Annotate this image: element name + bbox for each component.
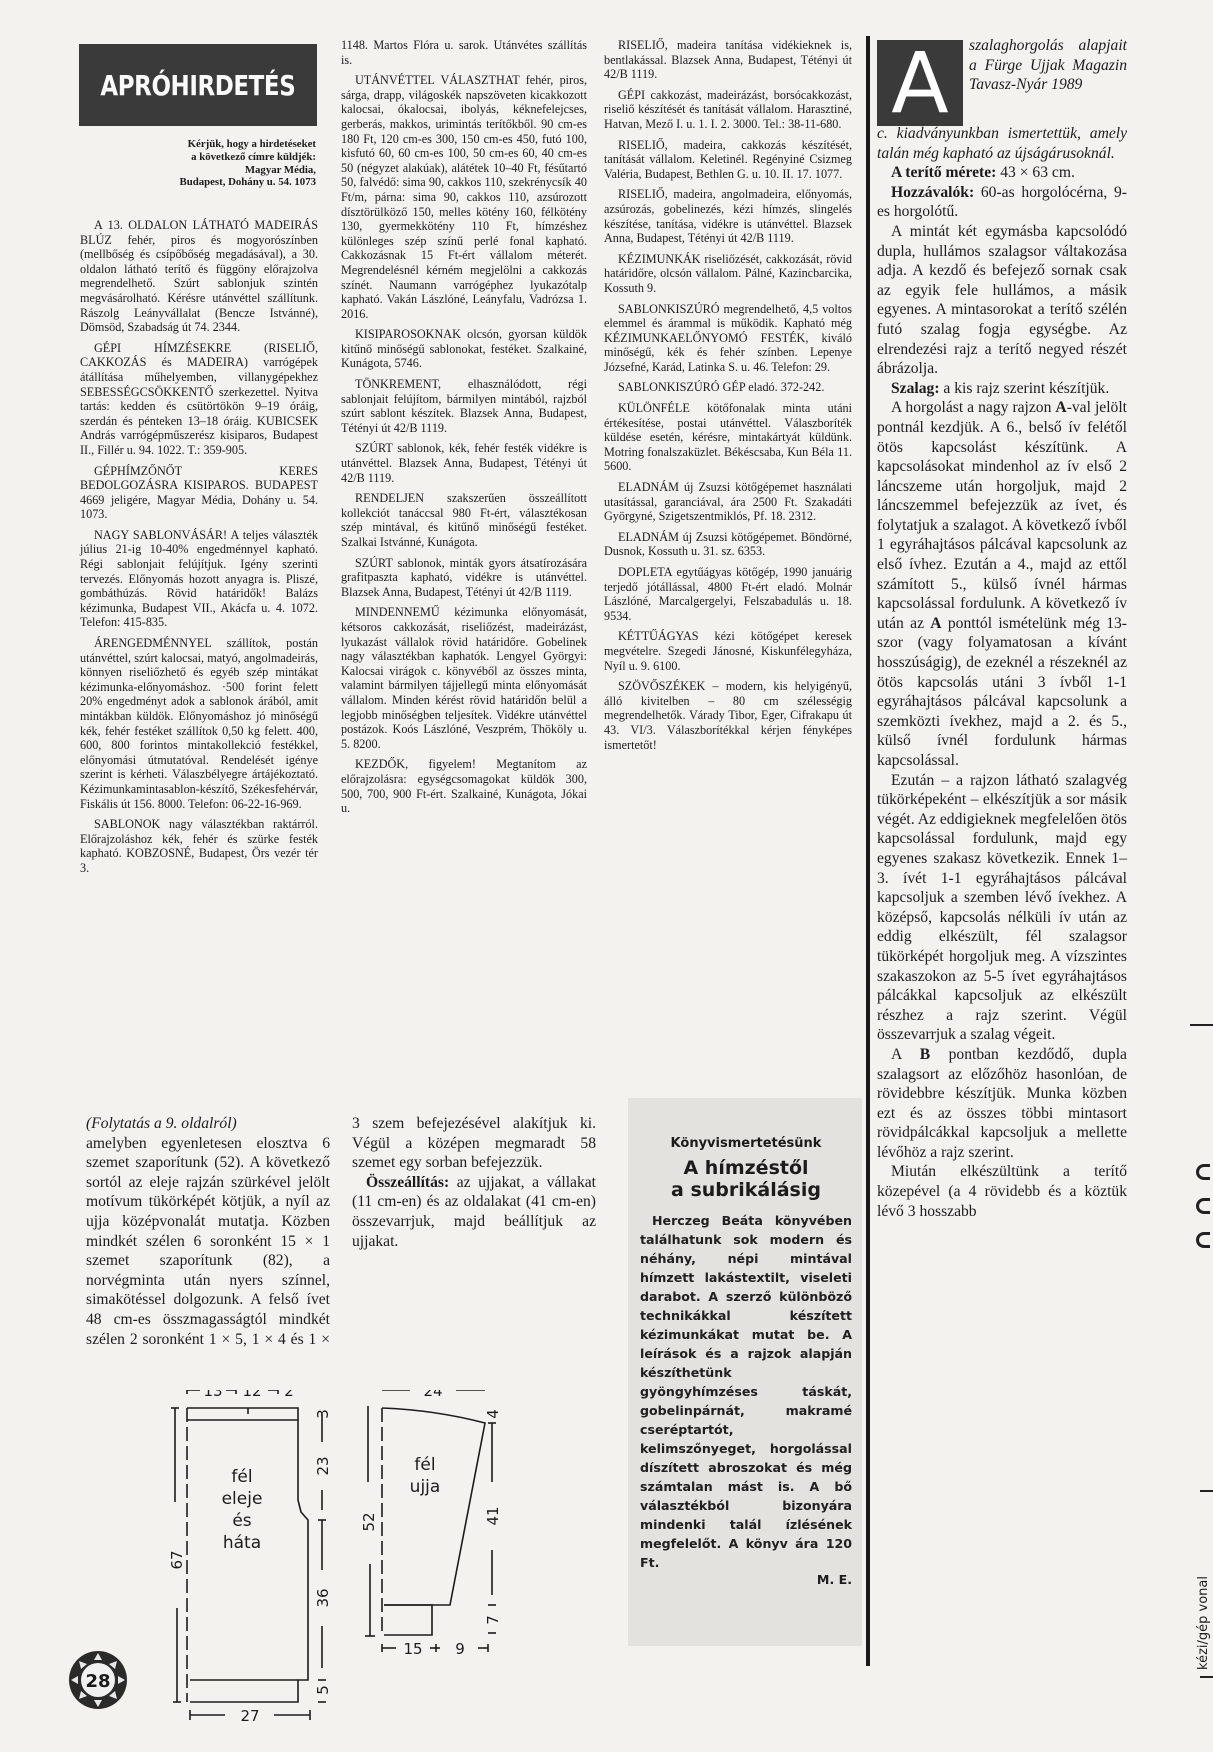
sleeve-pattern-piece bbox=[365, 1390, 496, 1652]
classified-ad: ELADNÁM új Zsuzsi kötőgépemet használati… bbox=[604, 480, 852, 524]
materials-label: Hozzávalók: bbox=[891, 184, 974, 201]
send-to-line: Budapest, Dohány u. 54. 1073 bbox=[120, 176, 316, 189]
classified-ad: KEZDŐK, figyelem! Megtanítom az előrajzo… bbox=[341, 757, 587, 815]
size-line: A terítő mérete: 43 × 63 cm. bbox=[877, 163, 1127, 183]
review-body: Herczeg Beáta könyvében találhatunk sok … bbox=[640, 1211, 852, 1572]
body-label: háta bbox=[223, 1533, 261, 1553]
classified-ad: TÖNKREMENT, elhasználódott, régi sablonj… bbox=[341, 377, 587, 435]
ribbon-line: Szalag: a kis rajz szerint készítjük. bbox=[877, 379, 1127, 399]
assembly-label: Összeállítás: bbox=[366, 1174, 449, 1191]
text-run: A horgolást a nagy rajzon bbox=[891, 399, 1055, 416]
classified-ad: MINDENNEMŰ kézimunka előnyomását, kétsor… bbox=[341, 605, 587, 751]
dim-label: 41 bbox=[484, 1506, 502, 1525]
dim-label: 15 bbox=[403, 1640, 422, 1658]
page-number: 28 bbox=[85, 1671, 110, 1692]
column-divider bbox=[866, 36, 870, 1666]
article-intro-block: A szalaghorgolás alapjait a Fürge Ujjak … bbox=[877, 36, 1127, 124]
review-text: Herczeg Beáta könyvében találhatunk sok … bbox=[640, 1213, 852, 1570]
text-run: -val jelölt pontnál kezdjük. A 6., belső… bbox=[877, 399, 1127, 632]
dim-label: 23 bbox=[314, 1456, 332, 1475]
edge-glyph bbox=[1196, 1198, 1210, 1214]
size-label: A terítő mérete: bbox=[891, 164, 996, 181]
send-to-line: Kérjük, hogy a hirdetéseket bbox=[120, 138, 316, 151]
review-signature: M. E. bbox=[640, 1572, 852, 1587]
sewing-pattern-diagram: fél eleje és háta fél ujja 13 12 2 27 67… bbox=[60, 1390, 580, 1752]
dim-label: 9 bbox=[455, 1640, 465, 1658]
classified-ad: SZÚRT sablonok, minták gyors átsatírozás… bbox=[341, 556, 587, 600]
point-marker: A bbox=[1055, 399, 1066, 416]
ribbon-label: Szalag: bbox=[891, 380, 940, 397]
dim-label: 36 bbox=[314, 1588, 332, 1607]
materials-line: Hozzávalók: 60-as horgolócérna, 9-es hor… bbox=[877, 183, 1127, 222]
assembly-paragraph: Összeállítás: az ujjakat, a vállakat (11… bbox=[352, 1173, 596, 1251]
classified-ad: KÜLÖNFÉLE kötőfonalak minta utáni értéke… bbox=[604, 401, 852, 474]
classified-ad: UTÁNVÉTTEL VÁLASZTHAT fehér, piros, sárg… bbox=[341, 73, 587, 321]
classified-ad: GÉPI cakkozást, madeirázást, borsócakkoz… bbox=[604, 88, 852, 132]
classified-ad: ELADNÁM új Zsuzsi kötőgépemet. Böndörné,… bbox=[604, 530, 852, 559]
section-header: APRÓHIRDETÉS bbox=[79, 44, 317, 126]
classified-ad: GÉPHÍMZŐNŐT KERES BEDOLGOZÁSRA KISIPAROS… bbox=[80, 464, 318, 522]
text-run: pontban kezdődő, dupla szalagsort az elő… bbox=[877, 1046, 1127, 1161]
classified-ad: SABLONKISZÚRÓ GÉP eladó. 372-242. bbox=[604, 380, 852, 395]
article-paragraph: A mintát két egymásba kapcsolódó dupla, … bbox=[877, 222, 1127, 379]
send-to-notice: Kérjük, hogy a hirdetéseket a következő … bbox=[120, 138, 316, 189]
classified-ad: SABLONKISZÚRÓ megrendelhető, 4,5 voltos … bbox=[604, 302, 852, 375]
size-value: 43 × 63 cm. bbox=[996, 164, 1075, 181]
edge-rule bbox=[1200, 1676, 1213, 1678]
crochet-article: A szalaghorgolás alapjait a Fürge Ujjak … bbox=[877, 36, 1127, 1221]
review-title: A hímzéstől a subrikálásig bbox=[640, 1157, 852, 1201]
sleeve-label: fél bbox=[414, 1455, 435, 1475]
classified-ad: ÁRENGEDMÉNNYEL szállítok, postán utánvét… bbox=[80, 636, 318, 811]
ribbon-value: a kis rajz szerint készítjük. bbox=[940, 380, 1110, 397]
classified-ad: KISIPAROSOKNAK olcsón, gyorsan küldök ki… bbox=[341, 327, 587, 371]
point-marker: A bbox=[930, 615, 941, 632]
text-run: ponttól ismételünk még 13-szor (vagy fol… bbox=[877, 615, 1127, 769]
review-kicker: Könyvismertetésünk bbox=[640, 1136, 852, 1151]
classified-ad: KÉZIMUNKÁK riseliőzését, cakkozását, röv… bbox=[604, 252, 852, 296]
classified-ad: DOPLETA egytűágyas kötőgép, 1990 januári… bbox=[604, 565, 852, 623]
edge-text: kézi/gép vonal bbox=[1196, 1500, 1213, 1670]
classified-ad: NAGY SABLONVÁSÁR! A teljes választék júl… bbox=[80, 528, 318, 630]
classified-ad: RISELIŐ, madeira, angolmadeira, előnyomá… bbox=[604, 187, 852, 245]
dim-label: 13 bbox=[203, 1390, 222, 1400]
dim-label: 67 bbox=[168, 1550, 186, 1569]
classified-ad: KÉTTŰÁGYAS kézi kötőgépet keresek megvét… bbox=[604, 629, 852, 673]
classified-ad: SZÚRT sablonok, kék, fehér festék vidékr… bbox=[341, 441, 587, 485]
classified-ad-continued: 1148. Martos Flóra u. sarok. Utánvétes s… bbox=[341, 38, 587, 67]
ads-column-3: RISELIŐ, madeira tanítása vidékieknek is… bbox=[604, 38, 852, 758]
body-label: fél bbox=[231, 1467, 252, 1487]
ads-column-2: 1148. Martos Flóra u. sarok. Utánvétes s… bbox=[341, 38, 587, 822]
edge-glyph bbox=[1196, 1164, 1210, 1180]
book-review-box: Könyvismertetésünk A hímzéstől a subriká… bbox=[628, 1098, 862, 1646]
drop-cap: A bbox=[877, 40, 963, 126]
send-to-line: a következő címre küldjék: bbox=[120, 151, 316, 164]
classified-ad: SABLONOK nagy választékban raktárról. El… bbox=[80, 817, 318, 875]
continued-article: (Folytatás a 9. oldalról) amelyben egyen… bbox=[86, 1114, 596, 1354]
classified-ad: GÉPI HÍMZÉSEKRE (RISELIŐ, CAKKOZÁS és MA… bbox=[80, 341, 318, 458]
article-intro-first: szalaghorgolás alapjait a Fürge Ujjak Ma… bbox=[969, 36, 1127, 95]
dim-label: 4 bbox=[484, 1409, 502, 1419]
classified-ad: RENDELJEN szakszerűen összeállított koll… bbox=[341, 491, 587, 549]
body-label: és bbox=[232, 1511, 251, 1531]
review-title-line: a subrikálásig bbox=[671, 1179, 821, 1201]
send-to-line: Magyar Média, bbox=[120, 164, 316, 177]
article-paragraph: A B pontban kezdődő, dupla szalagsort az… bbox=[877, 1045, 1127, 1163]
article-paragraph: A horgolást a nagy rajzon A-val jelölt p… bbox=[877, 398, 1127, 770]
edge-glyph bbox=[1196, 1232, 1210, 1248]
body-label: eleje bbox=[222, 1489, 263, 1509]
body-pattern-piece bbox=[171, 1390, 326, 1720]
dim-label: 24 bbox=[423, 1390, 442, 1400]
text-run: A bbox=[891, 1046, 920, 1063]
dim-label: 2 bbox=[284, 1390, 294, 1400]
edge-text-label: kézi/gép vonal bbox=[1196, 1500, 1211, 1670]
classified-ad: SZÖVŐSZÉKEK – modern, kis helyigényű, ál… bbox=[604, 679, 852, 752]
classified-ad: A 13. OLDALON LÁTHATÓ MADEIRÁS BLÚZ fehé… bbox=[80, 218, 318, 335]
review-title-line: A hímzéstől bbox=[683, 1157, 808, 1179]
classified-ad: RISELIŐ, madeira tanítása vidékieknek is… bbox=[604, 38, 852, 82]
section-title: APRÓHIRDETÉS bbox=[101, 69, 296, 102]
edge-rule bbox=[1200, 1490, 1213, 1492]
dim-label: 52 bbox=[360, 1512, 378, 1531]
edge-rule bbox=[1190, 1024, 1213, 1026]
dim-label: 3 bbox=[314, 1409, 332, 1419]
classified-ad: RISELIŐ, madeira, cakkozás készítését, t… bbox=[604, 138, 852, 182]
article-paragraph: Miután elkészültünk a terítő közepével (… bbox=[877, 1162, 1127, 1221]
dim-label: 12 bbox=[242, 1390, 261, 1400]
page-number-badge: 28 bbox=[68, 1650, 128, 1710]
ads-column-1: A 13. OLDALON LÁTHATÓ MADEIRÁS BLÚZ fehé… bbox=[80, 218, 318, 882]
article-paragraph: Ezután – a rajzon látható szalagvég tükö… bbox=[877, 771, 1127, 1045]
continued-from-note: (Folytatás a 9. oldalról) bbox=[86, 1114, 330, 1134]
sleeve-label: ujja bbox=[410, 1477, 441, 1497]
dim-label: 5 bbox=[314, 1685, 332, 1695]
dim-label: 27 bbox=[240, 1707, 259, 1725]
dim-label: 7 bbox=[484, 1615, 502, 1625]
point-marker: B bbox=[920, 1046, 930, 1063]
